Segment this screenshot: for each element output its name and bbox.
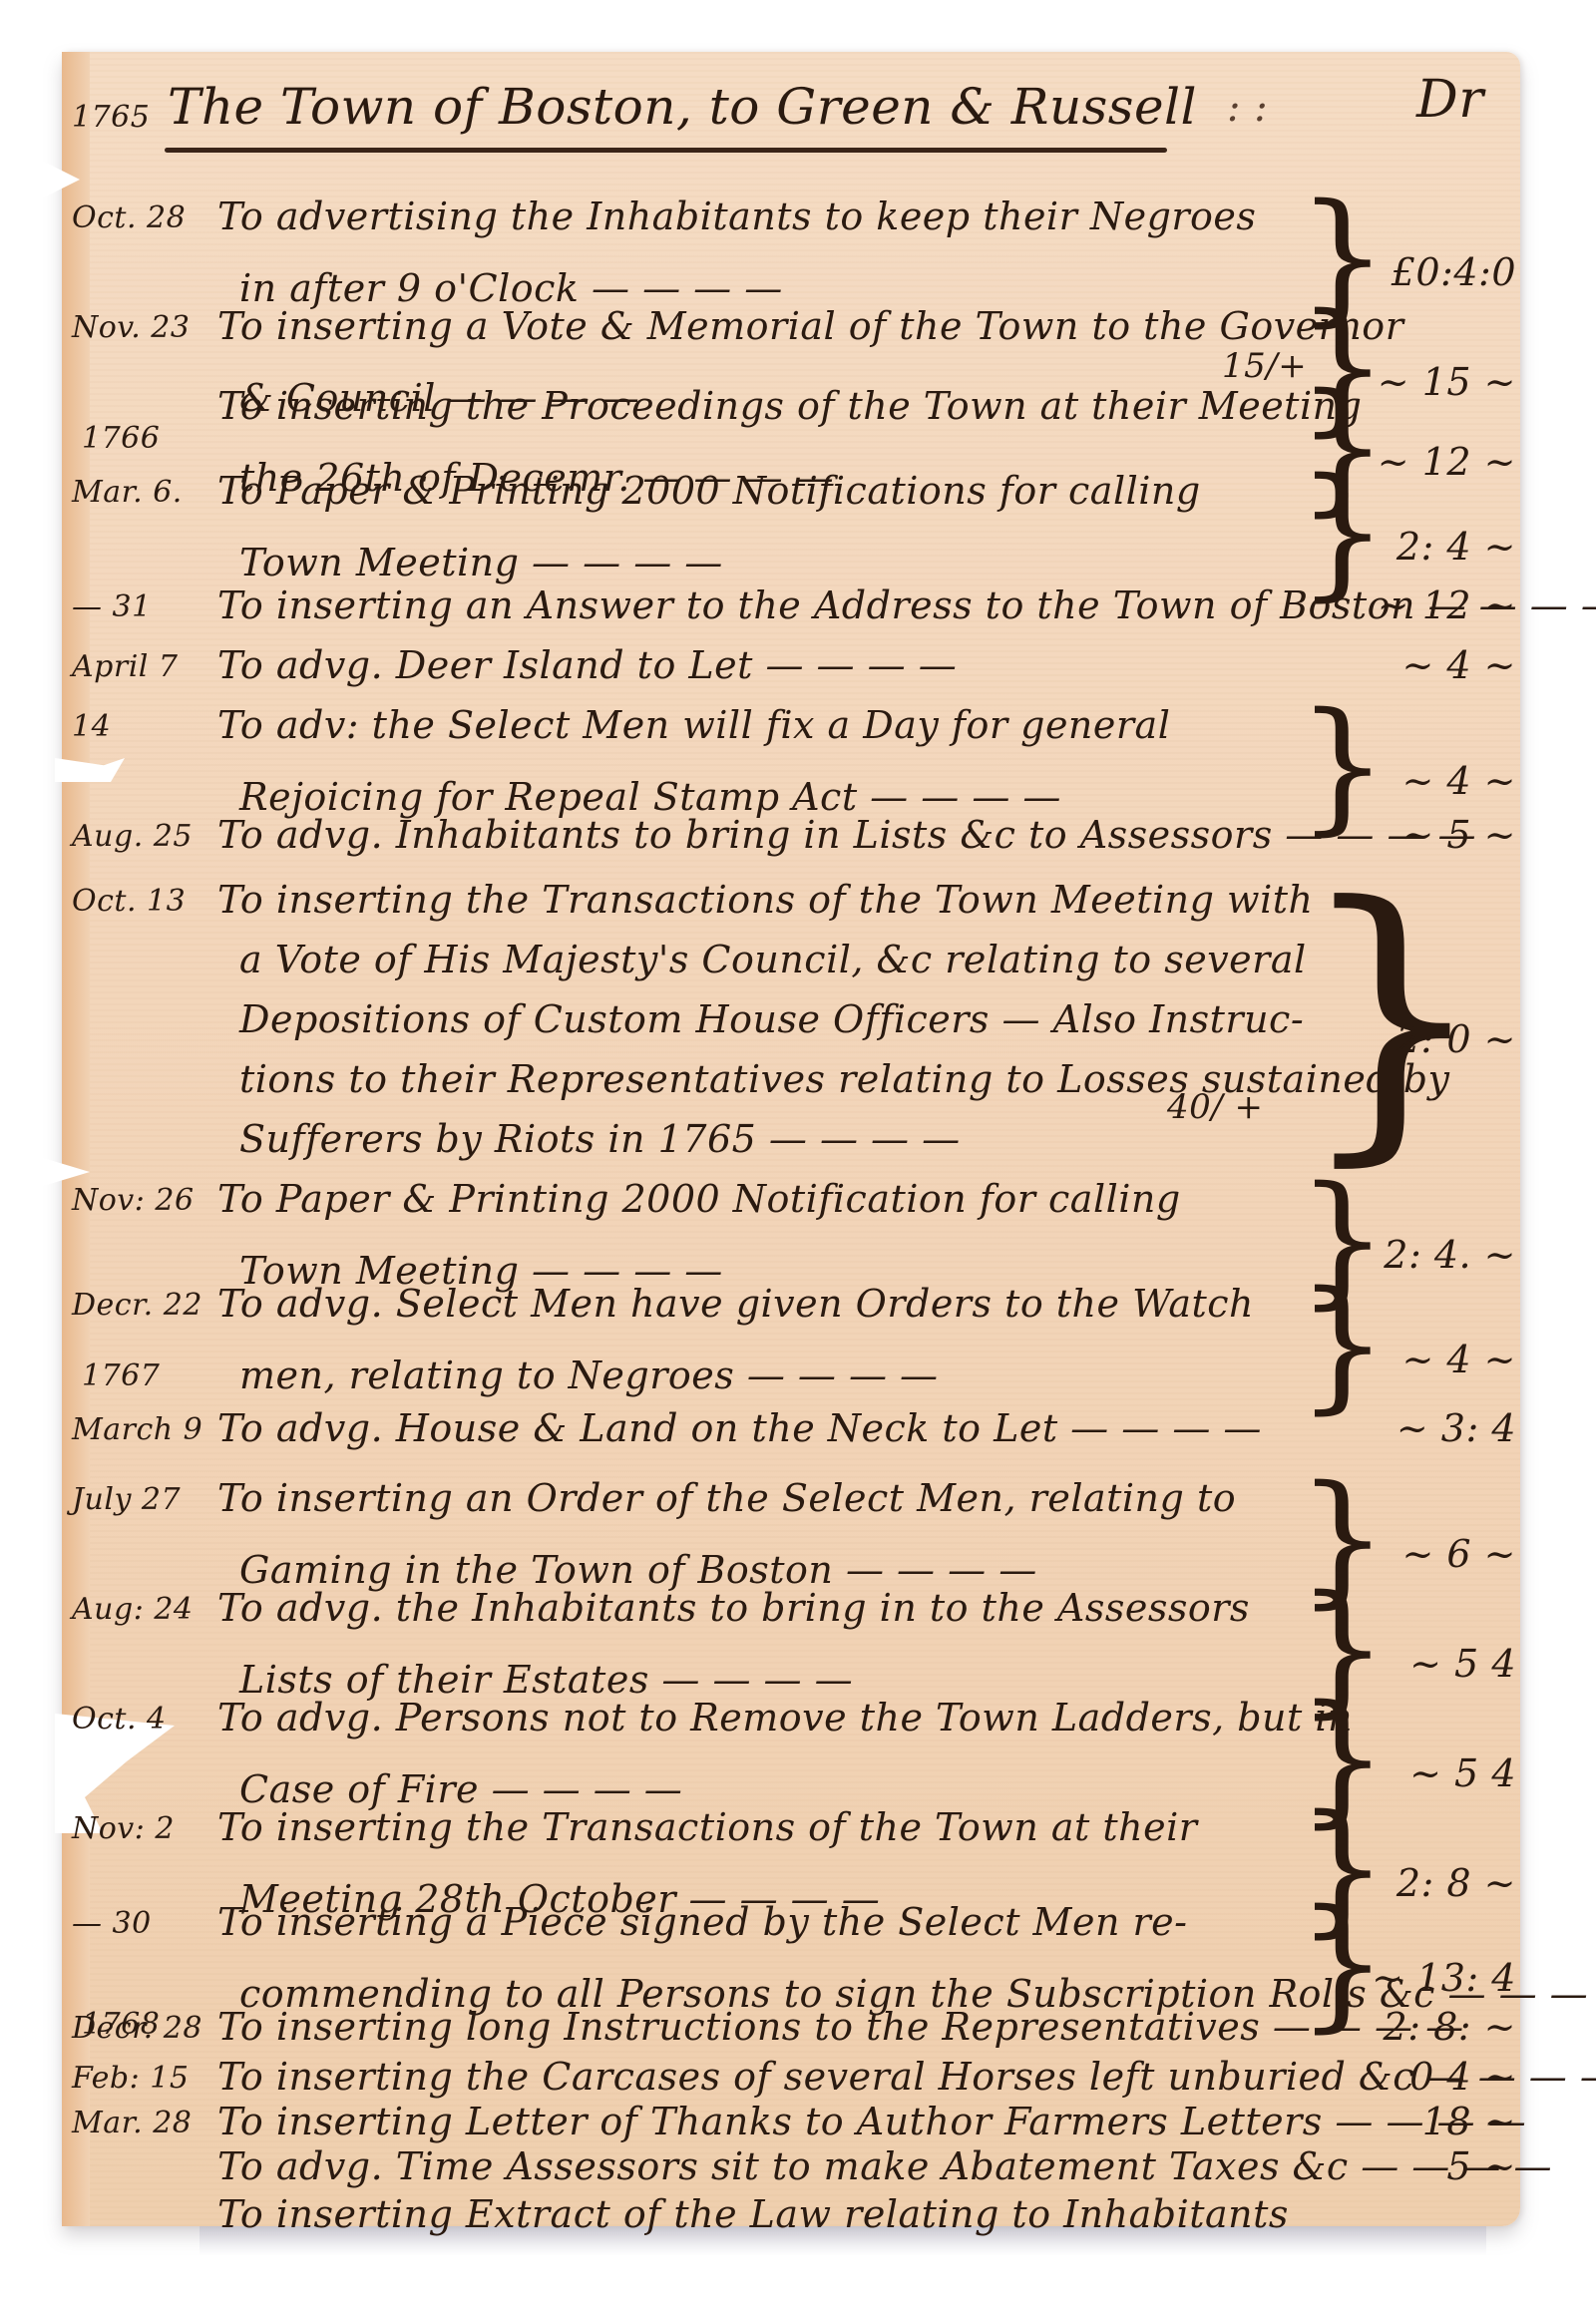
entry-text-line: To inserting a Vote & Memorial of the To… [217, 304, 1403, 348]
entry-text-line: To advg. Persons not to Remove the Town … [217, 1696, 1353, 1739]
entry-date: — 30 [72, 1906, 221, 1941]
title-underline [165, 148, 1167, 153]
entry-year: 1766 [82, 421, 160, 456]
entry-date: March 9 [72, 1412, 221, 1447]
entry-text-line: To advg. Select Men have given Orders to… [217, 1282, 1254, 1326]
entry-date: Aug: 24 [72, 1592, 221, 1627]
entry-amount: 2: 8: ~ [1257, 2005, 1516, 2049]
entry-date: Feb: 15 [72, 2061, 221, 2096]
entry-date: April 7 [72, 649, 221, 684]
entry-date: July 27 [72, 1482, 221, 1517]
entry-date: Nov: 26 [72, 1183, 221, 1218]
entry-year: 1768 [82, 2007, 160, 2042]
entry-text-line: To adv: the Select Men will fix a Day fo… [217, 703, 1170, 747]
entry-amount: ~ 13: 4 [1257, 1956, 1516, 2000]
entry-date: Aug. 25 [72, 819, 221, 854]
entry-date: Nov. 23 [72, 310, 221, 345]
entry-text-line: Town Meeting — — — — [239, 541, 723, 584]
entry-date: — 31 [72, 589, 221, 624]
entry-text-line: To inserting an Order of the Select Men,… [217, 1476, 1236, 1520]
entry-text-line: To advg. the Inhabitants to bring in to … [217, 1586, 1250, 1630]
entry-amount: 18 ~ [1257, 2100, 1516, 2143]
entry-date: Oct. 4 [72, 1702, 221, 1737]
entry-date: Mar. 6. [72, 475, 221, 510]
entry-amount: ~ 4 ~ [1257, 759, 1516, 803]
entry-year: 1767 [82, 1358, 160, 1393]
entry-amount: 2: 4 ~ [1257, 525, 1516, 569]
entry-date: Decr. 22 [72, 1288, 221, 1323]
entry-text-line: To advg. Deer Island to Let — — — — [217, 643, 957, 687]
margin-note: 40/ + [1167, 1087, 1264, 1127]
entry-amount: 2: 0 ~ [1257, 1017, 1516, 1061]
entry-text-line: To Paper & Printing 2000 Notifications f… [217, 469, 1201, 513]
page-left-edge [62, 52, 90, 2226]
entry-text-line: To advertising the Inhabitants to keep t… [217, 194, 1256, 238]
entry-text-line: Sufferers by Riots in 1765 — — — — [239, 1117, 961, 1161]
entry-amount: ~ 4 ~ [1257, 1338, 1516, 1381]
entry-text-line: To inserting Extract of the Law relating… [217, 2192, 1289, 2236]
entry-text-line: To Paper & Printing 2000 Notification fo… [217, 1177, 1181, 1221]
entry-text-line: To inserting the Proceedings of the Town… [217, 384, 1362, 428]
entry-text-line: To inserting a Piece signed by the Selec… [217, 1900, 1188, 1944]
entry-date: Oct. 28 [72, 200, 221, 235]
entry-date: Mar. 28 [72, 2106, 221, 2140]
entry-text-line: a Vote of His Majesty's Council, &c rela… [239, 938, 1307, 981]
entry-text-line: men, relating to Negroes — — — — [239, 1353, 939, 1397]
entry-date: 14 [72, 709, 221, 744]
entry-text-line: tions to their Representatives relating … [239, 1057, 1450, 1101]
entry-amount: ~ 12 ~ [1257, 583, 1516, 627]
header-separator: : : [1227, 85, 1268, 131]
entry-date: Oct. 13 [72, 884, 221, 919]
entry-date: Nov: 2 [72, 1811, 221, 1846]
entry-text-line: Depositions of Custom House Officers — A… [239, 997, 1304, 1041]
entry-text-line: To advg. House & Land on the Neck to Let… [217, 1406, 1262, 1450]
ledger-title: The Town of Boston, to Green & Russell [168, 78, 1197, 136]
debit-column-marker: Dr [1416, 70, 1484, 130]
entry-text-line: To inserting the Transactions of the Tow… [217, 878, 1313, 922]
header-year: 1765 [72, 100, 150, 135]
entry-amount: ~ 3: 4 [1257, 1406, 1516, 1450]
entry-amount: 0 4 ~ [1257, 2055, 1516, 2099]
entry-amount: 5 ~ [1257, 2144, 1516, 2188]
entry-text-line: To inserting the Transactions of the Tow… [217, 1805, 1197, 1849]
